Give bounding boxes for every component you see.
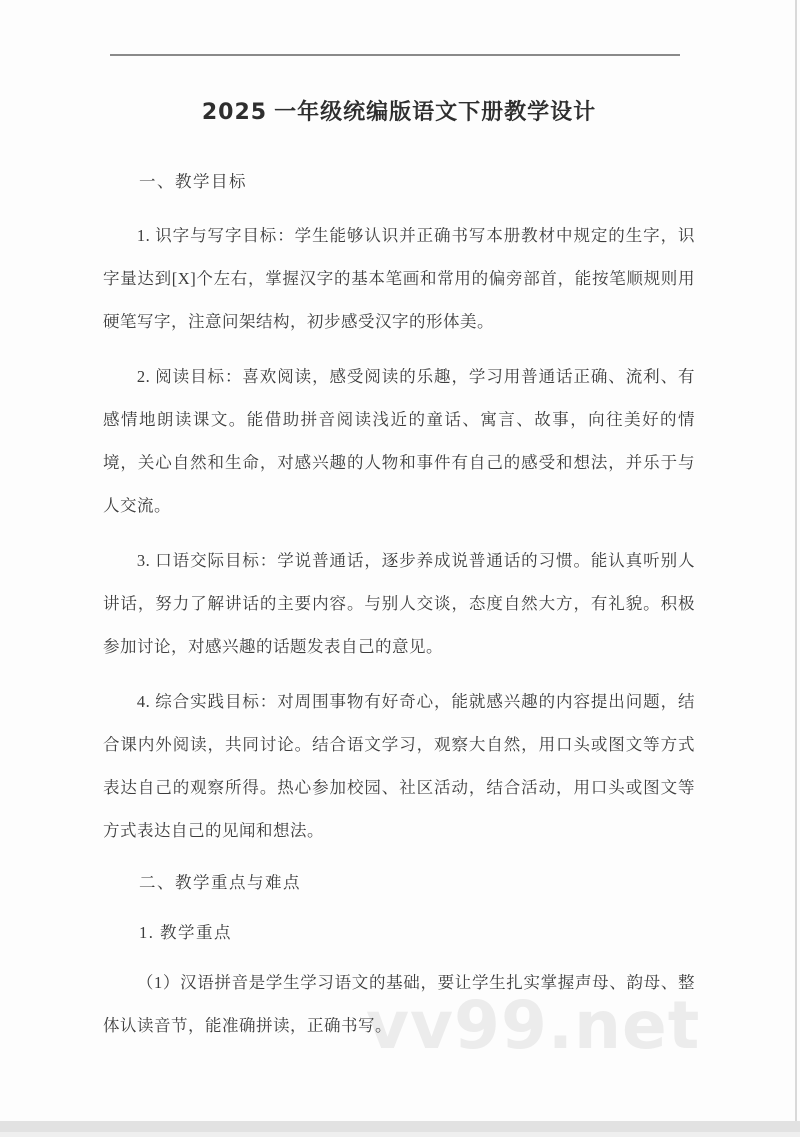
document-title-year: 2025: [202, 100, 267, 125]
paragraph-pinyin-foundation: （1）汉语拼音是学生学习语文的基础，要让学生扎实掌握声母、韵母、整体认读音节，能…: [103, 961, 695, 1047]
section-heading-key-points: 二、教学重点与难点: [139, 861, 695, 904]
subsection-heading-teaching-focus: 1. 教学重点: [139, 911, 695, 954]
paragraph-comprehensive-practice-goal: 4. 综合实践目标：对周围事物有好奇心，能就感兴趣的内容提出问题，结合课内外阅读…: [103, 680, 695, 852]
page-right-edge: [795, 0, 797, 1122]
document-content: 2025一年级统编版语文下册教学设计 一、教学目标 1. 识字与写字目标：学生能…: [103, 0, 695, 1047]
paragraph-oral-communication-goal: 3. 口语交际目标：学说普通话，逐步养成说普通话的习惯。能认真听别人讲话，努力了…: [103, 539, 695, 668]
document-title: 2025一年级统编版语文下册教学设计: [103, 90, 695, 134]
document-page: vv99.net 2025一年级统编版语文下册教学设计 一、教学目标 1. 识字…: [0, 0, 800, 1137]
section-heading-objectives: 一、教学目标: [139, 160, 695, 203]
page-bottom-margin: [0, 1132, 800, 1137]
document-title-text: 一年级统编版语文下册教学设计: [274, 99, 596, 124]
paragraph-literacy-goal: 1. 识字与写字目标：学生能够认识并正确书写本册教材中规定的生字，识字量达到[X…: [103, 214, 695, 343]
page-bottom-shadow: [0, 1121, 800, 1132]
paragraph-reading-goal: 2. 阅读目标：喜欢阅读，感受阅读的乐趣，学习用普通话正确、流利、有感情地朗读课…: [103, 355, 695, 527]
